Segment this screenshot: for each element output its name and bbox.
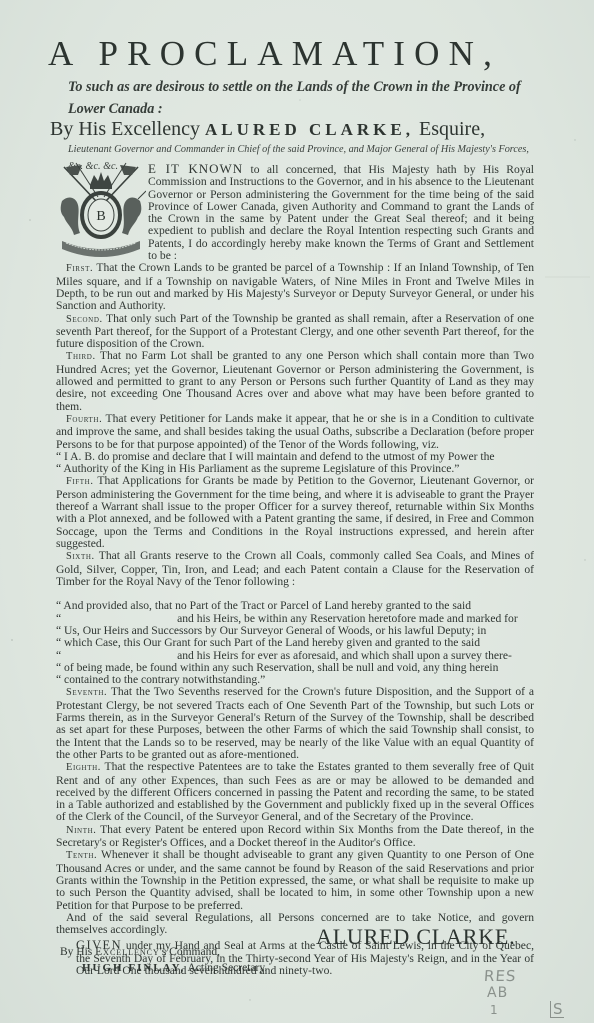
article-label: Second.: [66, 314, 103, 325]
article-tenth: Tenth. Whenever it shall be thought advi…: [56, 849, 534, 911]
article-text: That no Farm Lot shall be granted to any…: [56, 349, 534, 412]
article-ninth: Ninth. That every Patent be entered upon…: [56, 824, 534, 850]
article-eighth: Eighth. That the respective Patentees ar…: [56, 761, 534, 823]
quote-line: “ And provided also, that no Part of the…: [56, 600, 534, 612]
article-text: That the respective Patentees are to tak…: [56, 760, 534, 823]
article-text: Whenever it shall be thought adviseable …: [56, 848, 534, 911]
article-text: That every Petitioner for Lands make it …: [56, 412, 534, 451]
svg-text:B: B: [96, 209, 105, 224]
article-text: That only such Part of the Township be g…: [56, 312, 534, 351]
article-label: Seventh.: [66, 687, 107, 698]
governor-signature: ALURED CLARKE.: [316, 924, 515, 950]
archive-mark-s: S: [550, 1001, 564, 1018]
document-page: A PROCLAMATION, To such as are desirous …: [0, 0, 594, 1023]
article-label: Sixth.: [66, 551, 95, 562]
article-third: Third. That no Farm Lot shall be granted…: [56, 350, 534, 412]
article-text: That the Crown Lands to be granted be pa…: [56, 261, 534, 312]
by-command-line: By His Excellency's Command,: [60, 945, 220, 960]
proclamation-body: B E IT KNOWN to all concerned, that His …: [56, 163, 534, 977]
article-label: Tenth.: [66, 850, 97, 861]
timber-clause-quote: “ And provided also, that no Part of the…: [56, 588, 534, 686]
article-fifth: Fifth. That Applications for Grants be m…: [56, 475, 534, 550]
proclamation-subtitle: To such as are desirous to settle on the…: [68, 76, 538, 120]
article-sixth: Sixth. That all Grants reserve to the Cr…: [56, 550, 534, 588]
intro-text: to all concerned, that His Majesty hath …: [148, 163, 534, 262]
article-label: Eighth.: [66, 762, 101, 773]
article-label: Third.: [66, 351, 96, 362]
article-text: That all Grants reserve to the Crown all…: [56, 549, 534, 588]
archive-mark-res: RES: [484, 969, 517, 983]
quote-line: “ which Case, this Our Grant for such Pa…: [56, 637, 534, 649]
governor-name: ALURED CLARKE,: [205, 120, 414, 139]
article-label: Fourth.: [66, 414, 102, 425]
secretary-name: HUGH FINLAY,: [82, 962, 185, 974]
command-prefix: By His: [60, 946, 92, 958]
article-text: That Applications for Grants be made by …: [56, 474, 534, 549]
article-label: First.: [66, 263, 93, 274]
byline: By His Excellency ALURED CLARKE, Esquire…: [50, 117, 485, 142]
byline-suffix: Esquire,: [419, 118, 485, 140]
article-first: First. That the Crown Lands to be grante…: [56, 262, 534, 312]
secretary-role: Acting Secretary.: [185, 962, 267, 974]
archive-mark-ab: AB: [487, 986, 508, 1000]
intro-paragraph: B E IT KNOWN to all concerned, that His …: [56, 163, 534, 262]
article-label: Ninth.: [66, 825, 96, 836]
proclamation-title: A PROCLAMATION,: [48, 34, 501, 74]
command-title: Excellency: [95, 946, 160, 958]
declaration-quote: “ I A. B. do promise and declare that I …: [56, 451, 534, 476]
command-suffix: 's Command,: [160, 946, 220, 958]
article-fourth: Fourth. That every Petitioner for Lands …: [56, 413, 534, 451]
archive-mark-number: 1: [490, 1003, 499, 1017]
article-text: That every Patent be entered upon Record…: [56, 823, 534, 849]
byline-prefix: By His Excellency: [50, 118, 200, 140]
article-second: Second. That only such Part of the Towns…: [56, 313, 534, 351]
secretary-line: HUGH FINLAY, Acting Secretary.: [82, 961, 267, 976]
royal-coat-of-arms-icon: B: [56, 161, 146, 259]
article-label: Fifth.: [66, 476, 94, 487]
article-text: That the Two Sevenths reserved for the C…: [56, 685, 534, 760]
intro-lead: E IT KNOWN: [148, 161, 243, 176]
article-seventh: Seventh. That the Two Sevenths reserved …: [56, 686, 534, 761]
